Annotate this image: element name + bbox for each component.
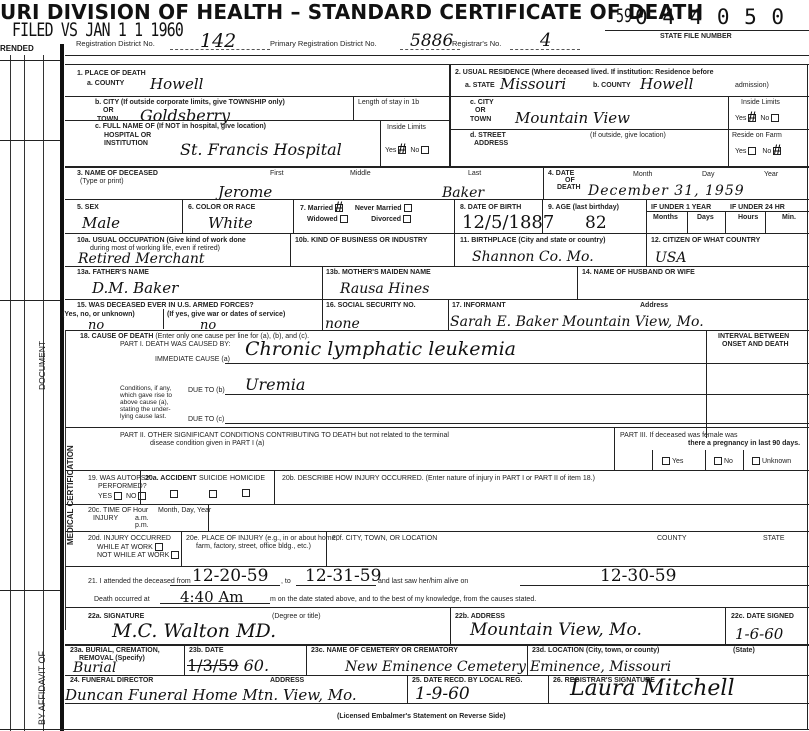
- sex-label: 5. SEX: [77, 204, 99, 212]
- last-saw-label: and last saw her/him alive on: [378, 578, 468, 586]
- certifier-address-value: Mountain View, Mo.: [470, 620, 642, 640]
- residence-county-value: Howell: [640, 75, 693, 93]
- pm-label: p.m.: [135, 522, 149, 530]
- suicide-checkbox[interactable]: [209, 490, 217, 498]
- immediate-cause-label: IMMEDIATE CAUSE (a): [155, 356, 230, 364]
- married-checkbox[interactable]: [335, 204, 343, 212]
- marital-row-1: 7. Married Never Married: [300, 204, 414, 213]
- widowed-checkbox[interactable]: [340, 215, 348, 223]
- min-label: Min.: [782, 214, 796, 222]
- place-of-injury-label: 20e. PLACE OF INJURY (e.g., in or about …: [186, 535, 337, 543]
- place-of-injury-label-2: farm, factory, street, office bldg., etc…: [196, 543, 311, 551]
- residence-heading-2: admission): [735, 82, 769, 90]
- burial-date-label: 23b. DATE: [189, 647, 224, 655]
- affidavit-label: BY AFFIDAVIT OF: [37, 651, 47, 725]
- last-name-label: Last: [468, 170, 481, 178]
- place-of-death-heading: 1. PLACE OF DEATH: [77, 70, 146, 78]
- armed-forces-label: 15. WAS DECEASED EVER IN U.S. ARMED FORC…: [77, 302, 254, 310]
- part1-label: PART I. DEATH WAS CAUSED BY:: [120, 341, 230, 349]
- farm-no-checkbox[interactable]: [773, 147, 781, 155]
- part3-label-2: there a pregnancy in last 90 days.: [688, 440, 800, 448]
- registrar-no-value: 4: [540, 30, 551, 51]
- state-file-prefix: '59: [608, 5, 632, 27]
- funeral-director-label: 24. FUNERAL DIRECTOR: [70, 677, 153, 685]
- homicide-label: HOMICIDE: [230, 475, 265, 483]
- informant-address-label: Address: [640, 302, 668, 310]
- death-county-value: Howell: [150, 75, 203, 93]
- to-label: , to: [281, 578, 291, 586]
- hours-label: Hours: [738, 214, 758, 222]
- spouse-label: 14. NAME OF HUSBAND OR WIFE: [582, 269, 695, 277]
- embalmer-note: (Licensed Embalmer's Statement on Revers…: [337, 713, 506, 721]
- race-label: 6. COLOR OR RACE: [188, 204, 255, 212]
- occupation-value: Retired Merchant: [78, 251, 204, 267]
- city-or-label: OR: [103, 107, 114, 115]
- street-hint: (If outside, give location): [590, 132, 666, 140]
- farm-yes-checkbox[interactable]: [748, 147, 756, 155]
- armed-hint-2: (If yes, give war or dates of service): [167, 311, 285, 319]
- date-signed-value: 1-6-60: [735, 625, 783, 643]
- hospital-label: c. FULL NAME OF (If NOT in hospital, giv…: [95, 123, 266, 131]
- date-received-value: 1-9-60: [415, 684, 470, 704]
- residence-inside-limits-label: Inside Limits: [741, 99, 780, 107]
- year-label: Year: [764, 171, 778, 179]
- death-inside-limits-label: Inside Limits: [387, 124, 426, 132]
- cemetery-value: New Eminence Cemetery: [345, 659, 526, 675]
- hospital-label-2: HOSPITAL OR: [104, 132, 151, 140]
- part2-label: PART II. OTHER SIGNIFICANT CONDITIONS CO…: [120, 432, 449, 440]
- accident-checkbox[interactable]: [170, 490, 178, 498]
- disposition-value: Burial: [73, 660, 116, 676]
- never-married-checkbox[interactable]: [404, 204, 412, 212]
- informant-label: 17. INFORMANT: [452, 302, 506, 310]
- dob-label: 8. DATE OF BIRTH: [460, 204, 521, 212]
- birthplace-label: 11. BIRTHPLACE (City and state or countr…: [460, 237, 605, 245]
- interval-label-2: ONSET AND DEATH: [722, 341, 789, 349]
- father-label: 13a. FATHER'S NAME: [77, 269, 149, 277]
- immediate-cause-value: Chronic lymphatic leukemia: [245, 338, 516, 360]
- death-inside-limits-no-checkbox[interactable]: [421, 146, 429, 154]
- suicide-label: SUICIDE: [199, 475, 227, 483]
- mother-label: 13b. MOTHER'S MAIDEN NAME: [326, 269, 431, 277]
- due-to-b-value: Uremia: [245, 375, 305, 394]
- part3-label: PART III. If deceased was female was: [620, 432, 738, 440]
- date-of-death-death: DEATH: [557, 184, 581, 192]
- pregnancy-no-checkbox[interactable]: [714, 457, 722, 465]
- death-at-value: 4:40 Am: [180, 588, 244, 606]
- days-label: Days: [697, 214, 714, 222]
- informant-value: Sarah E. Baker Mountain View, Mo.: [450, 314, 704, 330]
- state-file-number: 0 4 4 0 5 0: [635, 5, 785, 29]
- age-value: 82: [585, 213, 607, 233]
- time-of-injury-label: 20c. TIME OF: [88, 507, 131, 515]
- attended-from-value: 12-20-59: [192, 566, 268, 586]
- age-label: 9. AGE (last birthday): [548, 204, 619, 212]
- burial-date-value: 1/3/59 60.: [187, 656, 269, 675]
- location-value: Eminence, Missouri: [530, 659, 671, 675]
- birthplace-value: Shannon Co. Mo.: [472, 249, 594, 265]
- death-at-label: Death occurred at: [94, 596, 150, 604]
- residence-inside-limits-yes-checkbox[interactable]: [748, 114, 756, 122]
- farm-options: Yes No: [735, 147, 783, 156]
- not-at-work-checkbox[interactable]: [171, 551, 179, 559]
- registration-district-label: Registration District No.: [76, 40, 155, 48]
- residence-city-town: TOWN: [470, 116, 491, 124]
- due-to-c-label: DUE TO (c): [188, 416, 224, 424]
- cemetery-label: 23c. NAME OF CEMETERY OR CREMATORY: [311, 647, 458, 655]
- residence-inside-limits-options: Yes No: [735, 114, 781, 123]
- conditions-hint-5: lying cause last.: [120, 413, 166, 420]
- homicide-checkbox[interactable]: [242, 489, 250, 497]
- attended-to-value: 12-31-59: [305, 566, 381, 586]
- residence-city-value: Mountain View: [515, 109, 630, 127]
- amended-label: RENDED: [0, 44, 34, 53]
- father-value: D.M. Baker: [92, 279, 178, 297]
- date-of-death-value: December 31, 1959: [588, 183, 745, 199]
- date-signed-label: 22c. DATE SIGNED: [731, 613, 794, 621]
- street-label-2: ADDRESS: [474, 140, 508, 148]
- document-label: DOCUMENT: [37, 341, 47, 390]
- hospital-value: St. Francis Hospital: [180, 140, 342, 159]
- funeral-address-label: ADDRESS: [270, 677, 304, 685]
- ssn-label: 16. SOCIAL SECURITY NO.: [326, 302, 416, 310]
- residence-county-label: b. COUNTY: [593, 82, 631, 90]
- marital-row-2: Widowed Divorced: [307, 215, 413, 224]
- pregnancy-unknown: Unknown: [750, 457, 791, 466]
- deceased-name-label: 3. NAME OF DECEASED: [77, 170, 158, 178]
- residence-city-label: c. CITY: [470, 99, 494, 107]
- at-work-checkbox[interactable]: [155, 543, 163, 551]
- death-inside-limits-options: Yes No: [385, 146, 431, 155]
- occupation-label: 10a. USUAL OCCUPATION (Give kind of work…: [77, 237, 246, 245]
- accident-checkbox-wrap: [168, 485, 180, 503]
- pregnancy-yes-checkbox[interactable]: [662, 457, 670, 465]
- injury-county-label: COUNTY: [657, 535, 687, 543]
- residence-state-label: a. STATE: [465, 82, 495, 90]
- last-saw-value: 12-30-59: [600, 566, 676, 586]
- autopsy-yes-checkbox[interactable]: [114, 492, 122, 500]
- sex-value: Male: [82, 214, 120, 232]
- not-at-work-row: NOT WHILE AT WORK: [97, 551, 181, 560]
- interval-label: INTERVAL BETWEEN: [718, 333, 789, 341]
- certifier-signature: M.C. Walton MD.: [112, 620, 276, 642]
- mother-value: Rausa Hines: [340, 281, 429, 297]
- residence-state-value: Missouri: [500, 75, 566, 93]
- time-of-injury-label-2: INJURY: [93, 515, 118, 523]
- filed-stamp: FILED VS JAN 1 1 1960: [12, 19, 183, 41]
- location-state-label: (State): [733, 647, 755, 655]
- mdy-label: Month, Day, Year: [158, 507, 211, 515]
- street-label: d. STREET: [470, 132, 506, 140]
- dob-value: 12/5/1887: [462, 212, 554, 233]
- hour-label: Hour: [133, 507, 148, 515]
- month-label: Month: [633, 171, 652, 179]
- funeral-director-value: Duncan Funeral Home Mtn. View, Mo.: [65, 686, 357, 704]
- attendance-statement: m on the date stated above, and to the b…: [270, 596, 536, 604]
- pregnancy-unknown-checkbox[interactable]: [752, 457, 760, 465]
- middle-name-label: Middle: [350, 170, 371, 178]
- first-name-label: First: [270, 170, 284, 178]
- registrar-no-label: Registrar's No.: [452, 40, 501, 48]
- injury-occurred-label: 20d. INJURY OCCURRED: [88, 535, 171, 543]
- injury-city-label: 20f. CITY, TOWN, OR LOCATION: [332, 535, 437, 543]
- registrar-signature-value: Laura Mitchell: [570, 676, 735, 701]
- race-value: White: [208, 214, 253, 232]
- accident-label: 20a. ACCIDENT: [145, 475, 196, 483]
- residence-inside-limits-no-checkbox[interactable]: [771, 114, 779, 122]
- burial-date-correction: 60.: [244, 656, 269, 675]
- months-label: Months: [653, 214, 678, 222]
- primary-district-label: Primary Registration District No.: [270, 40, 377, 48]
- state-file-label: STATE FILE NUMBER: [660, 33, 732, 41]
- day-label: Day: [702, 171, 714, 179]
- death-county-label: a. COUNTY: [87, 80, 124, 88]
- suicide-checkbox-wrap: [207, 485, 219, 503]
- disposition-label: 23a. BURIAL, CREMATION,: [70, 647, 160, 655]
- primary-district-value: 5886: [410, 31, 453, 51]
- citizen-label: 12. CITIZEN OF WHAT COUNTRY: [651, 237, 760, 245]
- degree-label: (Degree or title): [272, 613, 321, 621]
- pregnancy-no: No: [712, 457, 733, 466]
- citizen-value: USA: [655, 250, 687, 266]
- business-label: 10b. KIND OF BUSINESS OR INDUSTRY: [295, 237, 427, 245]
- burial-date-struck: 1/3/59: [187, 656, 239, 675]
- injury-state-label: STATE: [763, 535, 785, 543]
- due-to-b-label: DUE TO (b): [188, 387, 225, 395]
- residence-city-or: OR: [475, 107, 486, 115]
- farm-label: Reside on Farm: [732, 132, 782, 140]
- location-label: 23d. LOCATION (City, town, or county): [532, 647, 659, 655]
- describe-injury-label: 20b. DESCRIBE HOW INJURY OCCURRED. (Ente…: [282, 475, 595, 483]
- length-of-stay-label: Length of stay in 1b: [358, 99, 419, 107]
- death-inside-limits-yes-checkbox[interactable]: [398, 146, 406, 154]
- part2-label-2: disease condition given in PART I (a): [150, 440, 264, 448]
- divorced-checkbox[interactable]: [403, 215, 411, 223]
- homicide-checkbox-wrap: [240, 484, 252, 502]
- deceased-name-hint: (Type or print): [80, 178, 124, 186]
- pregnancy-yes: Yes: [660, 457, 683, 466]
- hospital-label-3: INSTITUTION: [104, 140, 148, 148]
